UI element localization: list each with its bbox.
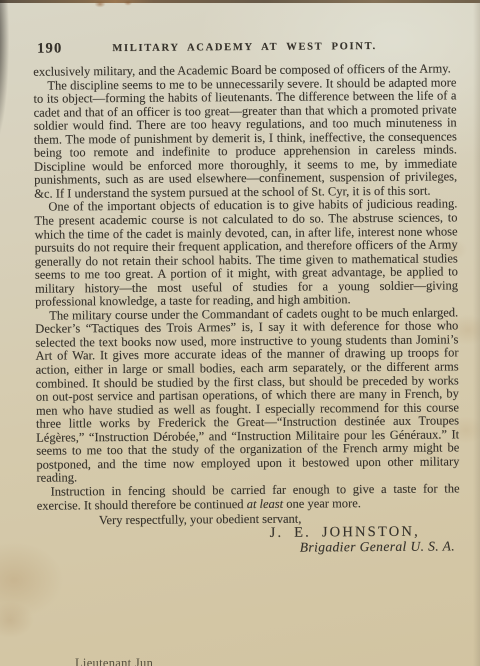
paragraph: One of the important objects of educatio… bbox=[34, 198, 458, 310]
signature-title: Brigadier General U. S. A. bbox=[37, 539, 460, 557]
page-content: 190 MILITARY ACADEMY AT WEST POINT. excl… bbox=[33, 36, 460, 556]
text-run: The discipline seems to me to be unneces… bbox=[33, 75, 457, 201]
text-run: The military course under the Commandant… bbox=[35, 305, 459, 485]
binding-shadow bbox=[0, 0, 26, 220]
italic-text-run: at least bbox=[247, 496, 284, 510]
running-title: MILITARY ACADEMY AT WEST POINT. bbox=[33, 36, 456, 54]
page-number: 190 bbox=[37, 40, 62, 57]
page-top-edge bbox=[0, 0, 480, 3]
body-paragraphs: exclusively military, and the Academic B… bbox=[33, 62, 459, 512]
cutoff-line-fragment: Lieutenant Jun bbox=[75, 656, 153, 666]
page-right-edge-shade bbox=[473, 0, 480, 666]
page-header: 190 MILITARY ACADEMY AT WEST POINT. bbox=[33, 36, 456, 65]
paragraph: The military course under the Commandant… bbox=[35, 306, 459, 485]
scanned-book-page: 190 MILITARY ACADEMY AT WEST POINT. excl… bbox=[0, 0, 480, 666]
text-run: one year more. bbox=[283, 496, 361, 511]
letter-closing: Very respectfully, your obedient servant… bbox=[37, 509, 460, 556]
paragraph: The discipline seems to me to be unneces… bbox=[33, 76, 457, 201]
text-run: One of the important objects of educatio… bbox=[34, 197, 458, 309]
paragraph: Instruction in fencing should be carried… bbox=[37, 482, 460, 512]
